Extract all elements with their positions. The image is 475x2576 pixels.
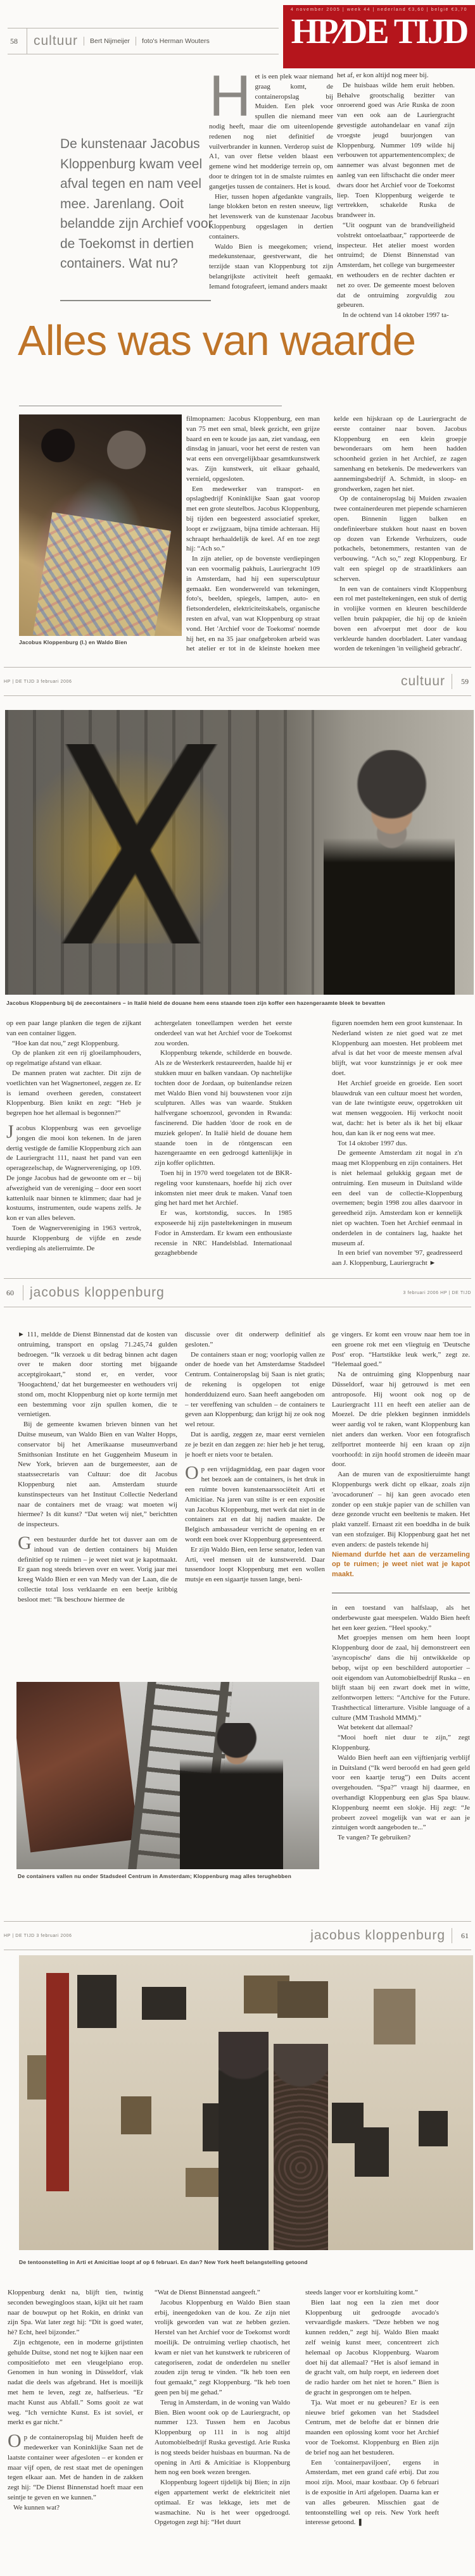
body-column: ► 111, meldde de Dienst Binnenstad dat d… [18, 1330, 177, 1673]
body-paragraph: Toen de Wagnervereniging in 1963 vertrok… [6, 1224, 141, 1254]
body-paragraph: Er was, kortstondig, succes. In 1985 exp… [155, 1209, 292, 1259]
magazine-article-scan: 58 cultuur Bert Nijmeijer foto's Herman … [0, 0, 475, 2576]
divider [452, 674, 452, 689]
body-paragraph: Kloppenburg denkt na, blijft tien, twint… [8, 2288, 143, 2338]
photo-visitor [274, 2044, 328, 2250]
body-column: steeds langer voor er kortsluiting komt.… [305, 2288, 439, 2561]
body-paragraph: Jacobus Kloppenburg was een gevoelige jo… [6, 1124, 141, 1224]
body-column: het af, er kon altijd nog meer bij. De h… [337, 71, 455, 321]
photo-exhibition-wall [19, 1955, 473, 2250]
dropcap: J [6, 1124, 14, 1139]
body-paragraph: “Wat de Dienst Binnenstad aangeeft.” [155, 2288, 290, 2298]
body-paragraph: Met groepjes mensen om hem heen loopt Kl… [332, 1633, 470, 1723]
divider [136, 37, 136, 46]
divider [84, 37, 84, 46]
body-paragraph: “Hoe kan dat nou,” zegt Kloppenburg. [6, 1039, 141, 1049]
photo-red-frame [46, 1973, 69, 2191]
page-number: 60 [4, 1288, 16, 1298]
body-paragraph: Geen bestuurder durfde het tot dusver aa… [18, 1535, 177, 1605]
body-paragraph: Kloppenburg logeert tijdelijk bij Bien; … [155, 2478, 290, 2528]
body-column: “Wat de Dienst Binnenstad aangeeft.” Jac… [155, 2288, 290, 2561]
article-standfirst: De kunstenaar Jacobus Kloppenburg kwam v… [60, 134, 218, 274]
photo-caption: Jacobus Kloppenburg (l.) en Waldo Bien [19, 639, 182, 645]
dropcap: G [18, 1536, 32, 1550]
body-paragraph: Tja. Wat moet er nu gebeuren? Er is een … [305, 2398, 439, 2458]
page-header-59: HP | DE TIJD 3 februari 2006 cultuur 59 [4, 667, 471, 696]
body-column: filmopnamen: Jacobus Kloppenburg, een ma… [186, 414, 320, 656]
page-number: 59 [459, 677, 471, 687]
body-paragraph: in een toestand van halfslaap, als het o… [332, 1603, 470, 1633]
body-paragraph: Waldo Bien is meegekomen; vriend, medeku… [209, 242, 333, 292]
section-label: cultuur [34, 34, 78, 49]
body-paragraph: “Uit oogpunt van de brandveiligheid vols… [337, 221, 455, 311]
page-header-60: 60 jacobus kloppenburg 3 februari 2006 H… [4, 1278, 471, 1307]
body-paragraph: De mannen praten wat zachter. Dit zijn d… [6, 1069, 141, 1119]
body-paragraph: Toen hij in 1970 werd toegelaten tot de … [155, 1169, 292, 1209]
body-paragraph: Op de containeropslag bij Muiden heeft d… [8, 2433, 143, 2503]
body-column: ge vingers. Er komt een vrouw naar hem t… [332, 1330, 470, 1903]
logo-detijd: DE TIJD [342, 12, 467, 51]
rule [60, 300, 211, 301]
photo-caption: De containers vallen nu onder Stadsdeel … [18, 1873, 320, 1879]
photo-figure [324, 750, 455, 995]
body-column: Het is een plek waar niemand graag komt,… [209, 72, 333, 321]
article-headline: Alles was van waarde [18, 316, 474, 365]
body-paragraph: filmopnamen: Jacobus Kloppenburg, een ma… [186, 414, 320, 485]
body-paragraph: ► 111, meldde de Dienst Binnenstad dat d… [18, 1330, 177, 1420]
issue-date-line: 4 november 2005 | week 44 | nederland €3… [283, 5, 475, 12]
body-paragraph: Na de ontruiming ging Kloppenburg naar D… [332, 1370, 470, 1470]
body-paragraph: In zijn atelier, op de bovenste verdiepi… [186, 554, 320, 656]
body-paragraph: Waldo Bien heeft aan een vijftienjarig v… [332, 1753, 470, 1833]
photo-artwork-detail [33, 512, 171, 636]
divider [27, 28, 27, 54]
photo-graffiti-detail [33, 744, 239, 943]
author-byline: Bert Nijmeijer [90, 37, 130, 45]
body-paragraph: op een paar lange planken die tegen de z… [6, 1019, 141, 1039]
dropcap: H [209, 74, 251, 120]
body-column: Kloppenburg denkt na, blijft tien, twint… [8, 2288, 143, 2561]
body-paragraph: Kloppenburg tekende, schilderde en bouwd… [155, 1048, 292, 1169]
masthead: 4 november 2005 | week 44 | nederland €3… [283, 5, 475, 68]
rule [19, 406, 282, 406]
body-paragraph: “Zeg hé.” Dat is Waldo Bien. Hij wijst [334, 654, 467, 656]
body-paragraph: “Mooi hoeft niet duur te zijn,” zegt Klo… [332, 1733, 470, 1753]
body-paragraph: De containers staan er nog; voorlopig va… [185, 1350, 325, 1430]
body-column: op een paar lange planken die tegen de z… [6, 1019, 141, 1273]
page-number: 58 [8, 37, 20, 46]
running-footer: 3 februari 2006 HP | DE TIJD [403, 1291, 471, 1295]
page-header-61: HP | DE TIJD 3 februari 2006 jacobus klo… [4, 1921, 471, 1950]
photo-caption: De tentoonstelling in Arti et Amicitiae … [19, 2259, 469, 2265]
body-paragraph: Op de planken zit een rij gloeilamphoude… [6, 1048, 141, 1069]
body-paragraph: kelde een hijskraan op de Lauriergracht … [334, 414, 467, 494]
body-paragraph: het af, er kon altijd nog meer bij. [337, 71, 455, 81]
pull-quote: Niemand durfde het aan de verzameling op… [332, 1550, 470, 1593]
photo-painting-detail [16, 1682, 139, 1853]
photo-kloppenburg-and-bien-drawing [19, 414, 182, 636]
body-paragraph: Een 'containerpaviljoen', ergens in Amst… [305, 2458, 439, 2529]
dropcap: O [8, 2434, 22, 2448]
dropcap: O [185, 1465, 199, 1480]
photo-figure [180, 1723, 283, 1869]
body-paragraph: Terug in Amsterdam, in de woning van Wal… [155, 2398, 290, 2478]
logo-hp: HP [291, 12, 337, 51]
body-paragraph: We kunnen wat? [8, 2503, 143, 2513]
section-label: jacobus kloppenburg [310, 1928, 445, 1943]
body-paragraph: Jacobus Kloppenburg en Waldo Bien staan … [155, 2298, 290, 2398]
page-header-58: 58 cultuur Bert Nijmeijer foto's Herman … [8, 28, 279, 54]
body-paragraph: ge vingers. Er komt een vrouw naar hem t… [332, 1330, 470, 1370]
body-paragraph: steeds langer voor er kortsluiting komt.… [305, 2288, 439, 2298]
section-label: cultuur [401, 674, 445, 689]
photo-containers-ladder [16, 1682, 319, 1869]
body-paragraph: In een brief van november '97, geadresse… [332, 1248, 462, 1269]
body-paragraph: Het is een plek waar niemand graag komt,… [209, 72, 333, 192]
divider [23, 1285, 23, 1300]
body-column: discussie over dit onderwerp definitief … [185, 1330, 325, 1673]
photo-visitor [218, 2032, 269, 2250]
body-paragraph: Zijn echtgenote, een in moderne grijstin… [8, 2338, 143, 2428]
body-paragraph: In een van de containers vindt Kloppenbu… [334, 585, 467, 655]
body-paragraph: Het Archief groeide en groeide. Een soor… [332, 1079, 462, 1139]
divider [452, 1928, 452, 1943]
body-paragraph: Te vangen? Te gebruiken? [332, 1833, 470, 1843]
section-label: jacobus kloppenburg [30, 1285, 165, 1300]
body-paragraph: figuren noemden hem een groot kunstenaar… [332, 1019, 462, 1079]
body-paragraph: Bij de gemeente kwamen brieven binnen va… [18, 1420, 177, 1530]
body-column: kelde een hijskraan op de Lauriergracht … [334, 414, 467, 656]
body-paragraph: Op een vrijdagmiddag, een paar dagen voo… [185, 1465, 325, 1545]
body-paragraph: Dat is aardig, zeggen ze, maar eerst ver… [185, 1430, 325, 1460]
photo-kloppenburg-at-sea-containers [5, 710, 474, 995]
photo-credit: foto's Herman Wouters [142, 37, 210, 45]
page-number: 61 [459, 1931, 471, 1941]
magazine-logo: HP/DE TIJD [283, 13, 475, 52]
body-paragraph: achtergelaten toneellampen werden het ee… [155, 1019, 292, 1048]
running-footer: HP | DE TIJD 3 februari 2006 [4, 680, 72, 684]
body-paragraph: Een medewerker van transport- en opslagb… [186, 485, 320, 555]
body-paragraph: De gemeente Amsterdam zit nogal in z'n m… [332, 1148, 462, 1248]
body-paragraph: Tot 14 oktober 1997 dus. [332, 1139, 462, 1149]
body-paragraph: discussie over dit onderwerp definitief … [185, 1330, 325, 1350]
body-column: figuren noemden hem een groot kunstenaar… [332, 1019, 462, 1273]
body-column: achtergelaten toneellampen werden het ee… [155, 1019, 292, 1273]
body-paragraph: Aan de muren van de expositieruimte hang… [332, 1470, 470, 1550]
running-footer: HP | DE TIJD 3 februari 2006 [4, 1934, 72, 1938]
body-paragraph: De huisbaas wilde hem eruit hebben. Beha… [337, 81, 455, 221]
photo-caption: Jacobus Kloppenburg bij de zeecontainers… [6, 1000, 472, 1006]
body-paragraph: Bien laat nog een la zien met door Klopp… [305, 2298, 439, 2398]
body-paragraph: Er zijn Waldo Bien, een Ierse senator, l… [185, 1545, 325, 1585]
body-paragraph: Op de containeropslag bij Muiden zwaaien… [334, 494, 467, 584]
body-paragraph: Wat betekent dat allemaal? [332, 1723, 470, 1733]
body-paragraph: Hier, tussen hopen afgedankte vangrails,… [209, 192, 333, 242]
